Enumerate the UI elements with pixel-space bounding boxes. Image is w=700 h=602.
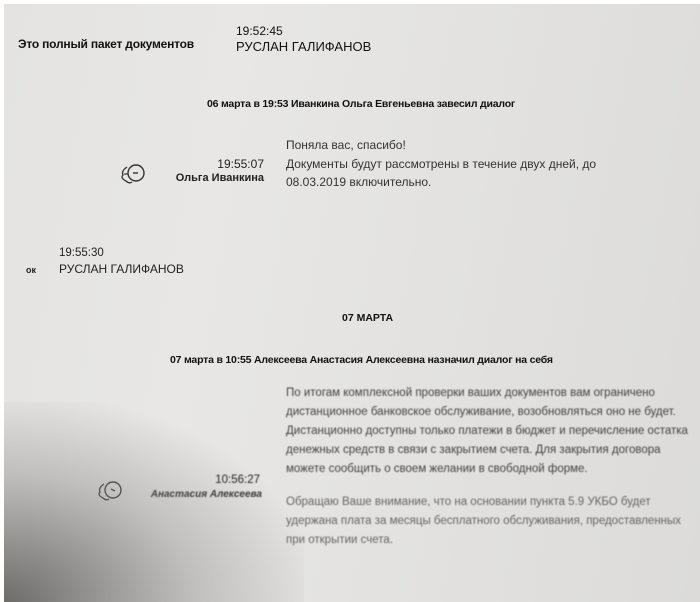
chat-transcript-page: Это полный пакет документов 19:52:45 РУС… [4,4,700,602]
message-paragraph: Обращаю Ваше внимание, что на основании … [286,493,696,550]
message-line: 08.03.2019 включительно. [286,173,686,192]
message-timestamp: 19:55:07 [184,157,264,171]
system-event: 06 марта в 19:53 Иванкина Ольга Евгеньев… [207,98,515,110]
message-author: Ольга Иванкина [164,172,264,184]
date-separator: 07 МАРТА [342,312,393,324]
system-event: 07 марта в 10:55 Алексеева Анастасия Але… [170,354,553,366]
message-timestamp: 19:52:45 [236,24,283,38]
operator-avatar-icon [117,162,147,186]
message-line: Документы будут рассмотрены в течение дв… [286,155,686,174]
incoming-message-body: Поняла вас, спасибо! Документы будут рас… [286,136,686,192]
message-timestamp: 10:56:27 [180,474,260,486]
operator-avatar-icon [94,479,124,503]
message-timestamp: 19:55:30 [59,247,104,259]
message-author: РУСЛАН ГАЛИФАНОВ [59,262,184,276]
outgoing-message-text: ок [26,265,36,275]
message-author: РУСЛАН ГАЛИФАНОВ [236,39,371,54]
message-paragraph: По итогам комплексной проверки ваших док… [286,384,696,479]
message-author: Анастасия Алексеева [124,489,262,500]
message-line: Поняла вас, спасибо! [286,136,686,155]
incoming-message-body: По итогам комплексной проверки ваших док… [286,384,696,564]
photo-shadow [4,402,304,602]
outgoing-message-text: Это полный пакет документов [18,37,194,51]
